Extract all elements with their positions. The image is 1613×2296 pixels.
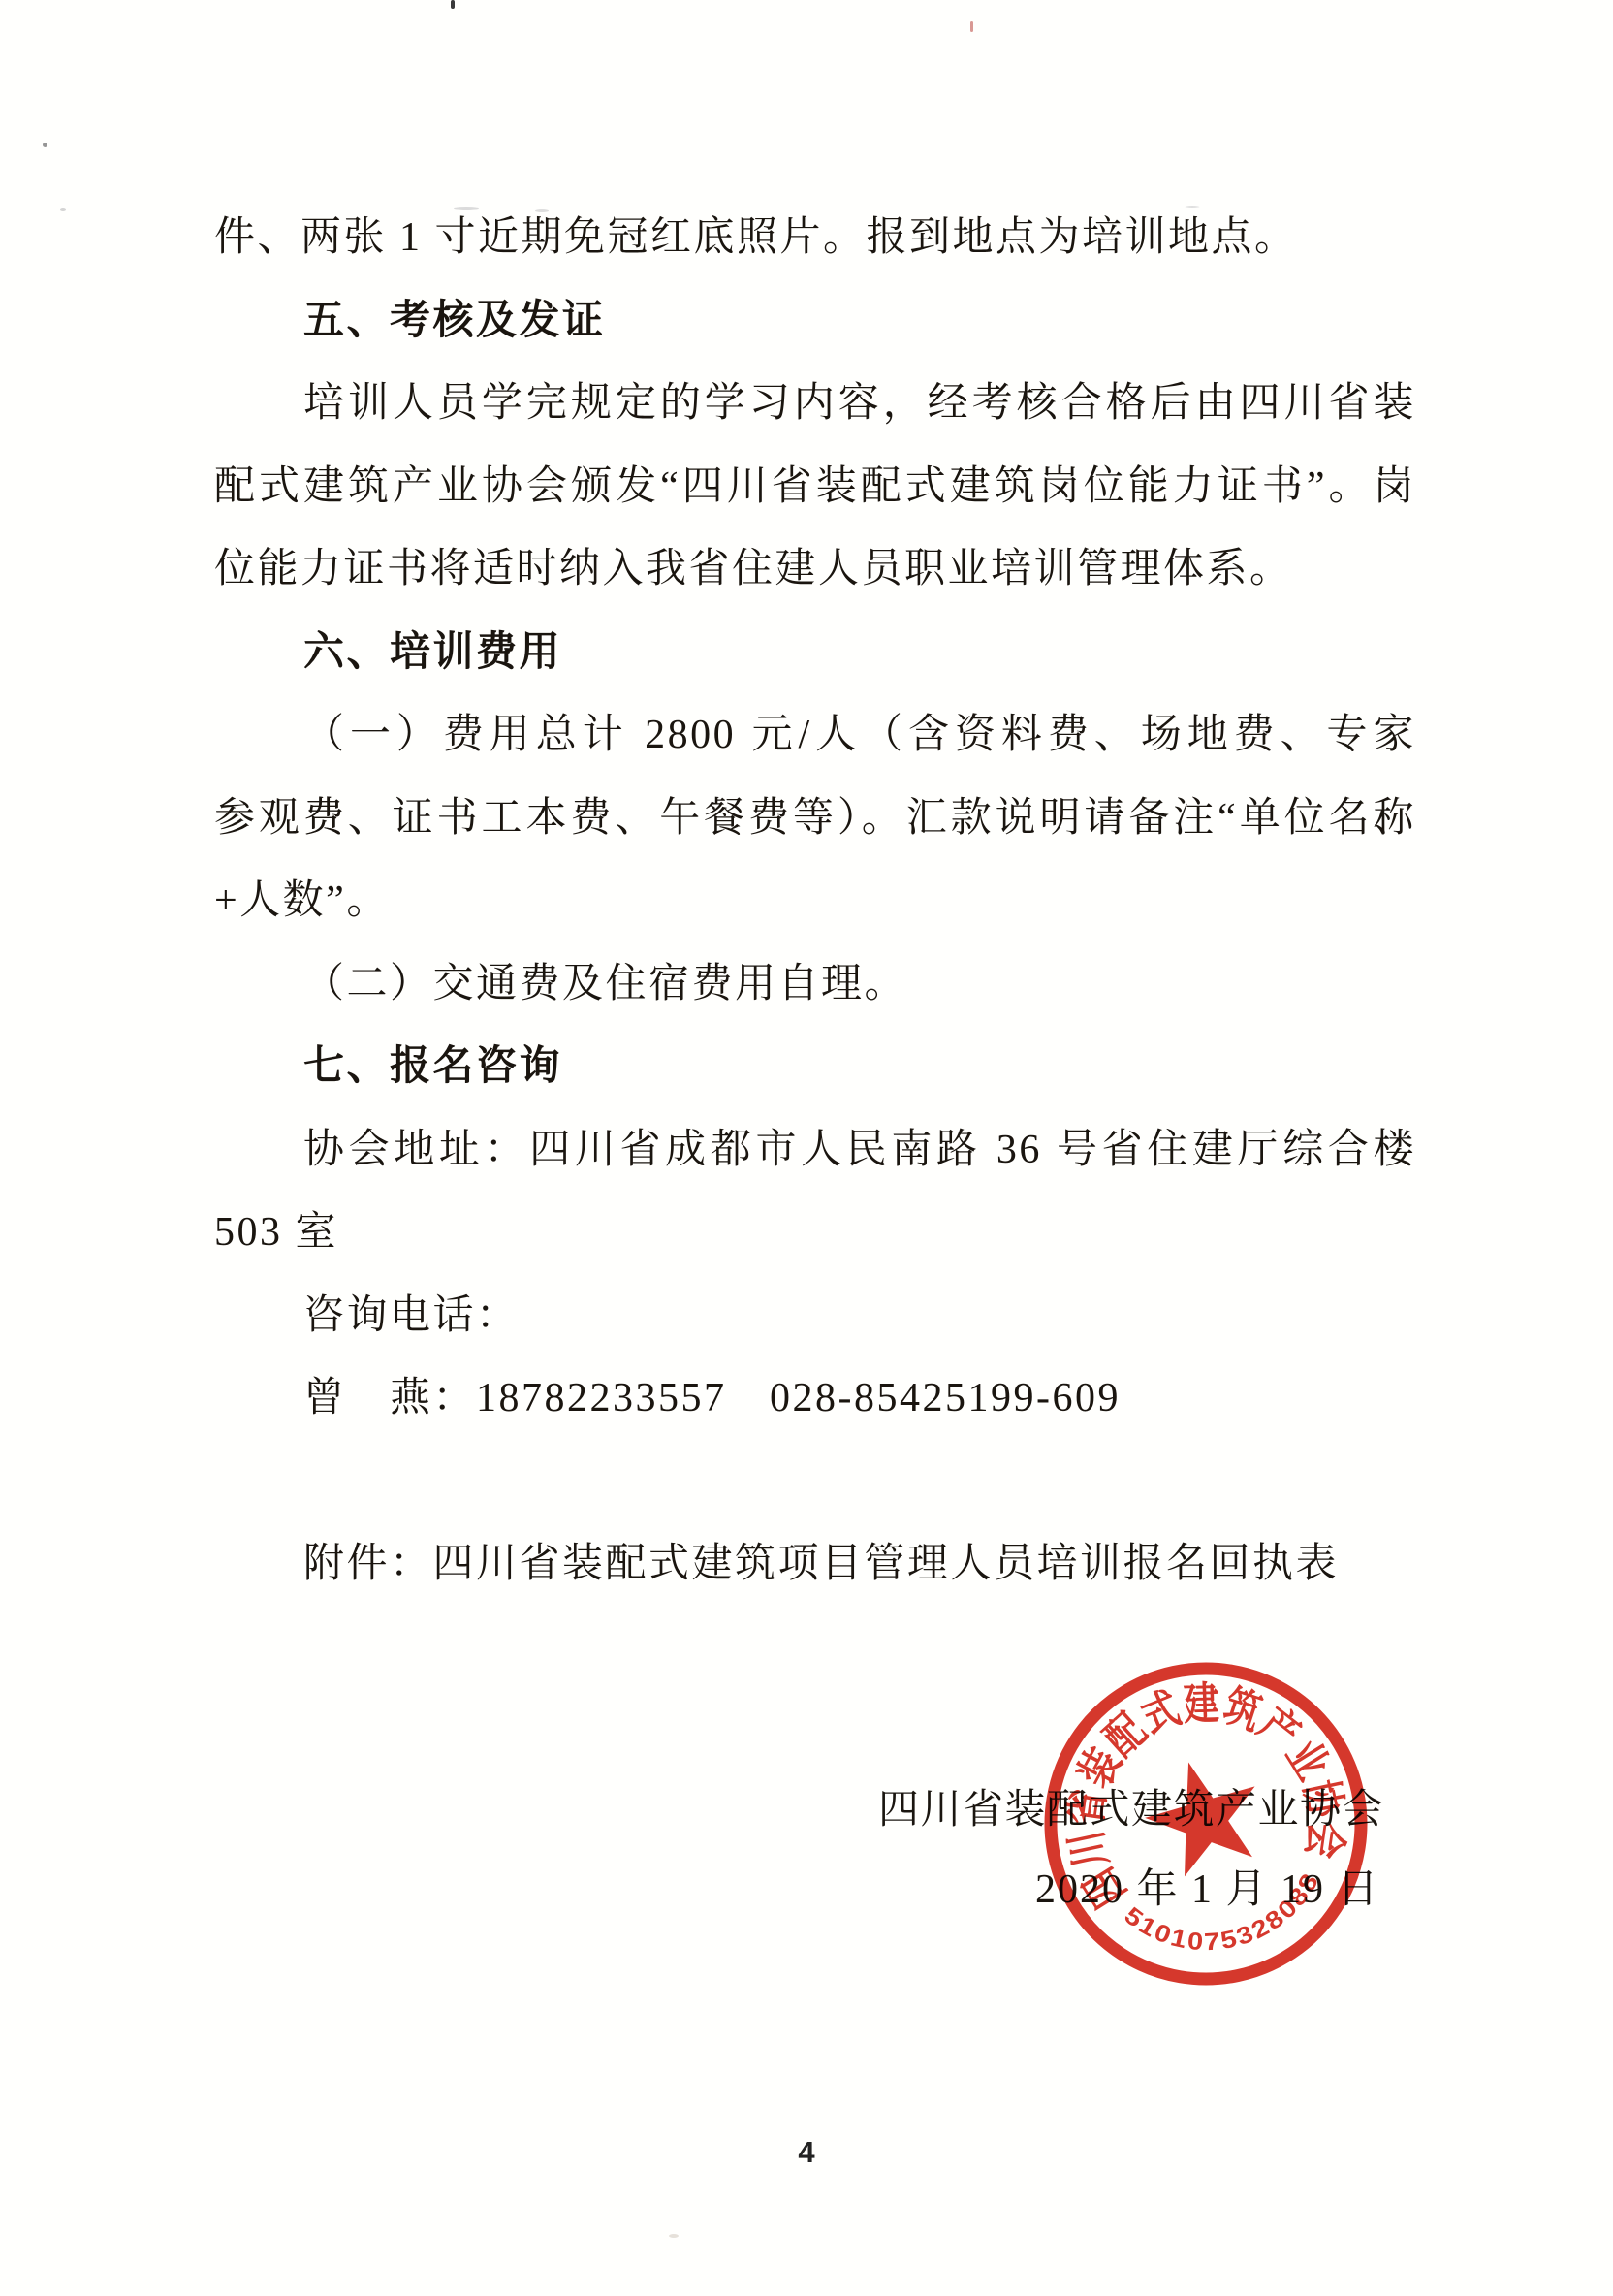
doc-line: 配式建筑产业协会颁发“四川省装配式建筑岗位能力证书”。岗: [214, 446, 1416, 529]
doc-line: +人数”。: [214, 860, 1416, 943]
scan-speck: [60, 208, 66, 211]
svg-text:5101075328088: 5101075328088: [1116, 1863, 1336, 1975]
doc-line: 位能力证书将适时纳入我省住建人员职业培训管理体系。: [214, 528, 1416, 612]
phone-label: 咨询电话：: [214, 1275, 1416, 1358]
section-heading: 六、培训费用: [214, 612, 1416, 695]
seal-star: [1133, 1746, 1273, 1882]
blank-line: [214, 1441, 1416, 1524]
section-heading: 七、报名咨询: [214, 1026, 1416, 1109]
doc-line: 参观费、证书工本费、午餐费等）。汇款说明请备注“单位名称: [214, 778, 1416, 861]
doc-line: （一）费用总计 2800 元/人（含资料费、场地费、专家费、: [214, 694, 1416, 778]
address-line: 503 室: [214, 1192, 1416, 1275]
section-heading: 五、考核及发证: [214, 280, 1416, 364]
phone-line: 曾 燕：18782233557 028-85425199-609: [214, 1357, 1416, 1441]
doc-line: 培训人员学完规定的学习内容，经考核合格后由四川省装: [214, 363, 1416, 446]
page-number: 4: [756, 2135, 857, 2170]
scan-speck: [451, 0, 455, 9]
address-line: 协会地址：四川省成都市人民南路 36 号省住建厅综合楼: [214, 1109, 1416, 1193]
seal-serial-number: 5101075328088: [1116, 1863, 1336, 1975]
doc-line: （二）交通费及住宿费用自理。: [214, 943, 1416, 1027]
scan-speck: [970, 21, 973, 32]
official-seal: 四川省装配式建筑产业协会 5101075328088: [1031, 1649, 1380, 1998]
attachment-line: 附件：四川省装配式建筑项目管理人员培训报名回执表: [214, 1523, 1416, 1607]
doc-line: 件、两张 1 寸近期免冠红底照片。报到地点为培训地点。: [214, 197, 1416, 280]
scanned-document-page: 件、两张 1 寸近期免冠红底照片。报到地点为培训地点。 五、考核及发证 培训人员…: [0, 0, 1613, 2296]
scan-speck: [43, 143, 47, 147]
scan-speck: [669, 2234, 679, 2238]
document-body: 件、两张 1 寸近期免冠红底照片。报到地点为培训地点。 五、考核及发证 培训人员…: [214, 197, 1416, 1607]
